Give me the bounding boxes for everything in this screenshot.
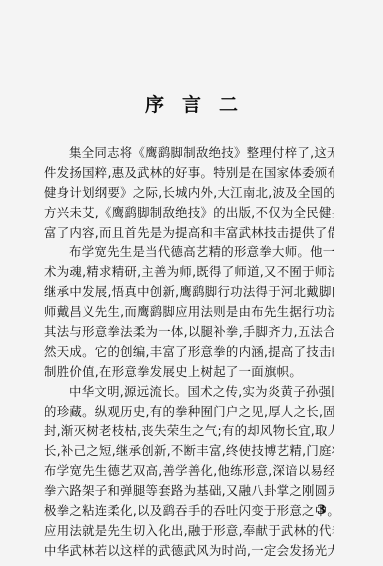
text-line: 长,补己之短,继承创新,不断丰富,终使技博艺精,门庭壮大。 [44, 441, 334, 461]
scan-footer-mark: · · ··········· · [146, 548, 195, 555]
text-line: 封,渐灭树老枝枯,丧失荣生之气;有的却风物长宜,取人之 [44, 421, 334, 441]
text-line: 师戴昌义先生,而鹰鹞脚应用法则是由布先生据行功法创编, [44, 302, 334, 322]
text-line: 的珍藏。纵观历史,有的拳种囿门户之见,厚人之长,固步自 [44, 402, 334, 422]
text-line: 术为魂,精求精研,主善为师,既得了师道,又不囿于师法,在 [44, 262, 334, 282]
text-line: 健身计划纲要》之际,长城内外,大江南北,波及全国的健身热 [44, 183, 334, 203]
text-line: 拳六路架子和弹腿等套路为基础,又融八卦掌之刚圆灵捷,太 [44, 481, 334, 501]
text-line: 应用法就是先生切入化出,融于形意,奉献于武林的代表作。 [44, 521, 334, 541]
body-text: 集全同志将《鹰鹞脚制敌绝技》整理付梓了,这无疑是一件发扬国粹,惠及武林的好事。特… [44, 143, 334, 561]
page-number: 3 [317, 503, 326, 518]
text-line: 极拳之粘连柔化,以及鹞吞手的吞吐闪变于形意之中。鹰鹞脚 [44, 501, 334, 521]
text-line: 制胜价值,在形意拳发展史上树起了一面旗帜。 [44, 362, 334, 382]
text-line: 布学宽先生德艺双高,善学善化,他练形意,深谙以易经筋、长 [44, 461, 334, 481]
text-line: 件发扬国粹,惠及武林的好事。特别是在国家体委颁布《全民 [44, 163, 334, 183]
book-page: 序言二 集全同志将《鹰鹞脚制敌绝技》整理付梓了,这无疑是一件发扬国粹,惠及武林的… [0, 0, 383, 566]
page-title: 序言二 [0, 90, 383, 117]
text-line: 继承中发展,悟真中创新,鹰鹞脚行功法得于河北戴脚门名拳 [44, 282, 334, 302]
text-line: 中华文明,源远流长。国术之传,实为炎黄子孙强国健身 [44, 382, 334, 402]
text-line: 其法与形意拳法柔为一体,以腿补拳,手脚齐力,五法合一,浑 [44, 322, 334, 342]
text-line: 方兴未艾,《鹰鹞脚制敌绝技》的出版,不仅为全民健身运动丰 [44, 203, 334, 223]
text-line: 然天成。它的创编,丰富了形意拳的内涵,提高了技击的实战 [44, 342, 334, 362]
text-line: 集全同志将《鹰鹞脚制敌绝技》整理付梓了,这无疑是一 [44, 143, 334, 163]
text-line: 布学宽先生是当代德高艺精的形意拳大师。他一生以武 [44, 242, 334, 262]
text-line: 富了内容,而且首先是为提高和丰富武林技击提供了借鉴。 [44, 223, 334, 243]
